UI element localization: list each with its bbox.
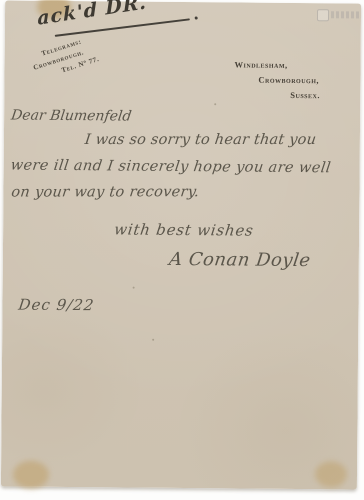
paper-speck — [214, 103, 216, 105]
body-line-3: on your way to recovery. — [10, 184, 200, 200]
paper-stain-bottom-right — [315, 461, 347, 487]
auction-watermark — [317, 8, 361, 21]
date: Dec 9/22 — [17, 296, 95, 315]
paper-speck — [133, 287, 135, 289]
address-county: Sussex. — [290, 88, 320, 103]
body-line-2: were ill and I sincerely hope you are we… — [10, 158, 332, 177]
letter-photo: ack'd DR. Telegrams: Crowborough. Tel. N… — [0, 0, 364, 500]
letter-paper: ack'd DR. Telegrams: Crowborough. Tel. N… — [1, 0, 361, 489]
closing: with best wishes — [113, 220, 255, 239]
letterhead-address: Windlesham, Crowborough, Sussex. — [234, 57, 320, 103]
watermark-illegible-text — [331, 11, 361, 18]
address-town: Crowborough, — [258, 73, 320, 89]
signature: A Conan Doyle — [168, 249, 312, 271]
paper-stain-bottom-left — [13, 461, 49, 489]
paper-speck — [152, 339, 154, 341]
address-house: Windlesham, — [235, 57, 321, 73]
letterhead-telegrams: Telegrams: Crowborough. Tel. Nº 77. — [29, 33, 101, 84]
body-line-1: I was so sorry to hear that you — [84, 132, 317, 148]
watermark-logo-icon — [317, 9, 329, 21]
salutation: Dear Blumenfeld — [10, 108, 132, 125]
